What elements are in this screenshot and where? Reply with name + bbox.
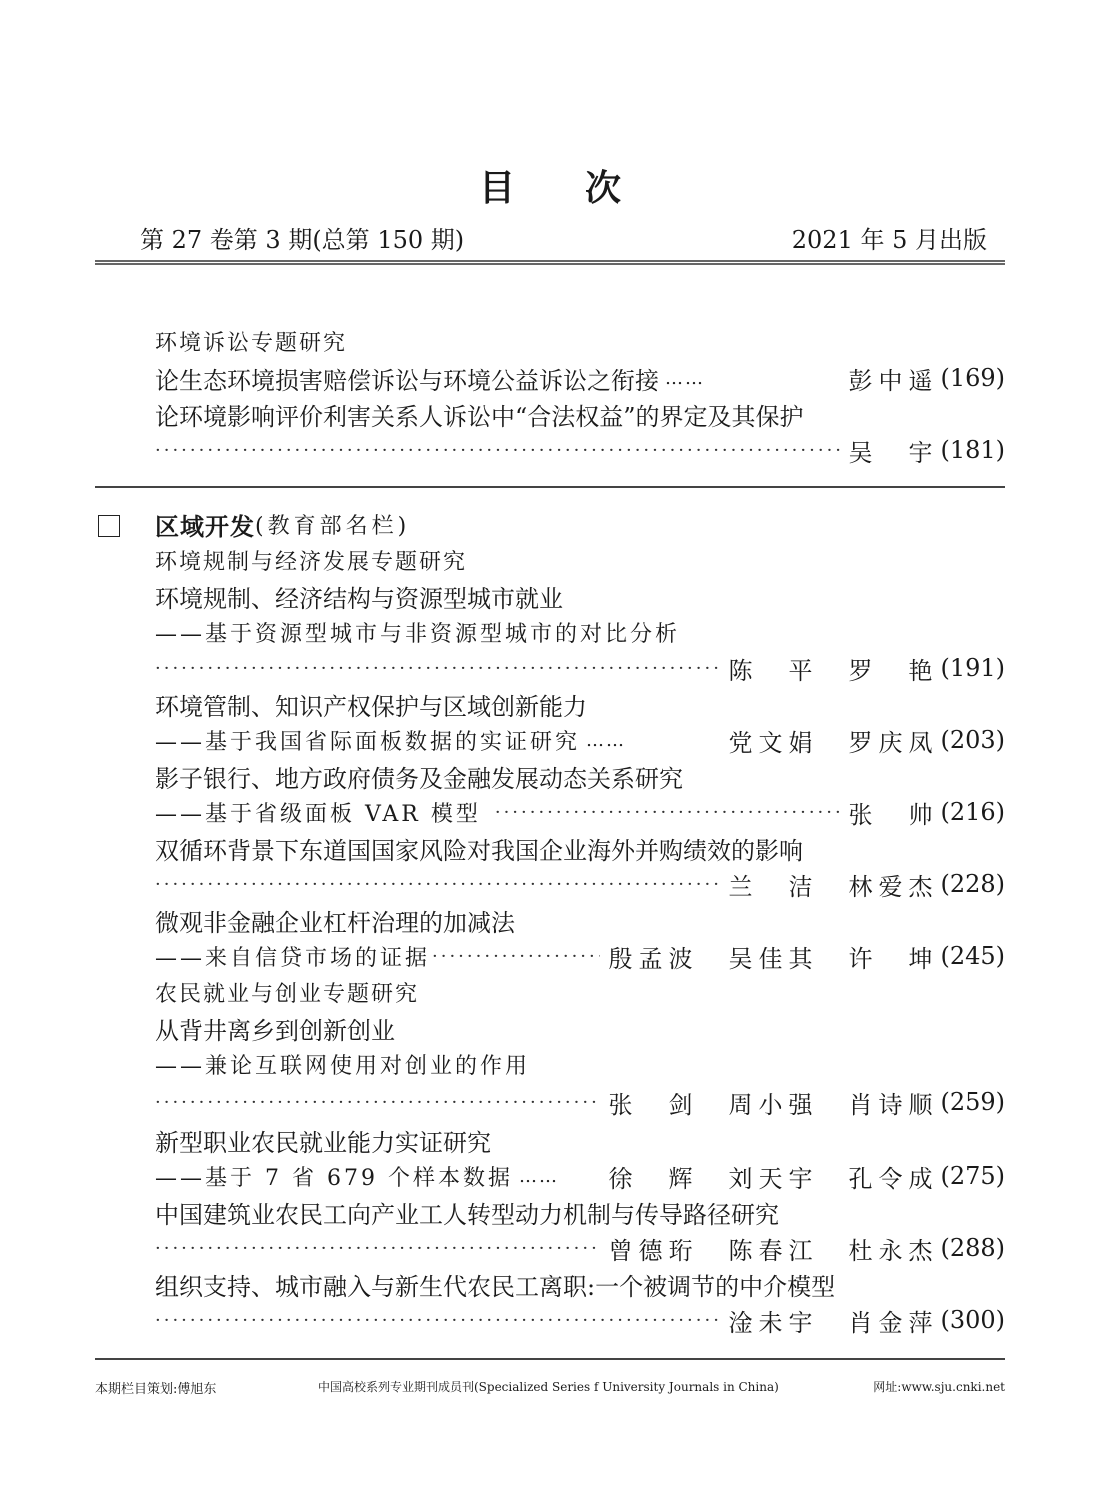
section-heading: 农民就业与创业专题研究 xyxy=(155,974,1005,1010)
column-title: 区域开发 xyxy=(155,507,255,542)
entry-authors: 淦未宇 肖金萍 xyxy=(728,1303,938,1338)
column-note: (教育部名栏) xyxy=(255,509,410,540)
leader-dots: …… xyxy=(586,730,626,751)
toc-entry-leader: ——基于我国省际面板数据的实证研究 …… 党文娟 罗庆凤 (203) xyxy=(155,722,1005,758)
entry-subtitle: ——来自信贷市场的证据 xyxy=(155,941,430,972)
entry-authors: 吴 宇 xyxy=(848,433,938,468)
entry-page: (275) xyxy=(940,1162,1005,1190)
toc-entry[interactable]: 论环境影响评价利害关系人诉讼中“合法权益”的界定及其保护 xyxy=(155,396,1005,432)
toc-entry[interactable]: 微观非金融企业杠杆治理的加减法 xyxy=(155,902,1005,938)
toc-entry-leader: 曾德珩 陈春江 杜永杰 (288) xyxy=(155,1230,1005,1266)
page-title: 目次 xyxy=(0,160,1100,211)
section-heading: 环境规制与经济发展专题研究 xyxy=(155,542,1005,578)
entry-subtitle: ——兼论互联网使用对创业的作用 xyxy=(155,1046,1005,1082)
leader-dots xyxy=(155,1092,600,1113)
toc-entry-leader: 陈 平 罗 艳 (191) xyxy=(155,650,1005,686)
entry-title: 影子银行、地方政府债务及金融发展动态关系研究 xyxy=(155,759,683,794)
entry-title: 微观非金融企业杠杆治理的加减法 xyxy=(155,903,515,938)
leader-dots xyxy=(155,1238,600,1259)
toc-entry[interactable]: 论生态环境损害赔偿诉讼与环境公益诉讼之衔接 …… 彭中遥 (169) xyxy=(155,360,1005,396)
entry-page: (181) xyxy=(940,436,1005,464)
entry-authors: 曾德珩 陈春江 杜永杰 xyxy=(608,1231,938,1266)
entry-authors: 张 帅 xyxy=(848,795,938,830)
leader-dots xyxy=(155,658,720,679)
toc-entry[interactable]: 环境规制、经济结构与资源型城市就业 xyxy=(155,578,1005,614)
toc-entry[interactable]: 组织支持、城市融入与新生代农民工离职:一个被调节的中介模型 xyxy=(155,1266,1005,1302)
entry-authors: 陈 平 罗 艳 xyxy=(728,651,938,686)
publication-date: 2021 年 5 月出版 xyxy=(792,220,987,255)
section-divider xyxy=(95,486,1005,488)
entry-title: 环境管制、知识产权保护与区域创新能力 xyxy=(155,687,587,722)
entry-authors: 张 剑 周小强 肖诗顺 xyxy=(608,1085,938,1120)
footer-planner: 本期栏目策划:傅旭东 xyxy=(95,1378,216,1397)
leader-dots: …… xyxy=(519,1166,559,1187)
entry-title: 从背井离乡到创新创业 xyxy=(155,1011,395,1046)
toc-entry-leader: 兰 洁 林爱杰 (228) xyxy=(155,866,1005,902)
checkbox-icon xyxy=(98,515,120,537)
leader-dots xyxy=(155,440,840,461)
footer-series: 中国高校系列专业期刊成员刊(Specialized Series f Unive… xyxy=(318,1378,779,1395)
entry-title: 论环境影响评价利害关系人诉讼中“合法权益”的界定及其保护 xyxy=(155,397,804,432)
entry-title: 论生态环境损害赔偿诉讼与环境公益诉讼之衔接 xyxy=(155,361,659,396)
column-heading: 区域开发 (教育部名栏) xyxy=(155,506,1005,542)
toc-entry[interactable]: 双循环背景下东道国国家风险对我国企业海外并购绩效的影响 xyxy=(155,830,1005,866)
toc-entry[interactable]: 新型职业农民就业能力实证研究 xyxy=(155,1122,1005,1158)
toc-entry[interactable]: 影子银行、地方政府债务及金融发展动态关系研究 xyxy=(155,758,1005,794)
footer-divider xyxy=(95,1358,1005,1360)
entry-title: 新型职业农民就业能力实证研究 xyxy=(155,1123,491,1158)
entry-authors: 殷孟波 吴佳其 许 坤 xyxy=(608,939,938,974)
entry-page: (228) xyxy=(940,870,1005,898)
entry-title: 环境规制、经济结构与资源型城市就业 xyxy=(155,579,563,614)
toc-entry-leader: 淦未宇 肖金萍 (300) xyxy=(155,1302,1005,1338)
toc-entry-leader: ——来自信贷市场的证据 殷孟波 吴佳其 许 坤 (245) xyxy=(155,938,1005,974)
header-double-rule xyxy=(95,260,1005,265)
entry-authors: 彭中遥 xyxy=(848,361,938,396)
leader-dots xyxy=(155,1310,720,1331)
entry-subtitle: ——基于资源型城市与非资源型城市的对比分析 xyxy=(155,614,1005,650)
entry-page: (259) xyxy=(940,1088,1005,1116)
toc-entry-leader: 吴 宇 (181) xyxy=(155,432,1005,468)
entry-subtitle: ——基于省级面板 VAR 模型 xyxy=(155,797,481,828)
toc-entry[interactable]: 中国建筑业农民工向产业工人转型动力机制与传导路径研究 xyxy=(155,1194,1005,1230)
footer-website[interactable]: 网址:www.sju.cnki.net xyxy=(873,1378,1005,1395)
toc-entry-leader: ——基于 7 省 679 个样本数据 …… 徐 辉 刘天宇 孔令成 (275) xyxy=(155,1158,1005,1194)
section-heading: 环境诉讼专题研究 xyxy=(155,323,1005,359)
entry-title: 双循环背景下东道国国家风险对我国企业海外并购绩效的影响 xyxy=(155,831,803,866)
entry-title: 组织支持、城市融入与新生代农民工离职:一个被调节的中介模型 xyxy=(155,1267,835,1302)
toc-entry-leader: ——基于省级面板 VAR 模型 张 帅 (216) xyxy=(155,794,1005,830)
leader-dots xyxy=(432,946,600,967)
entry-subtitle: ——基于我国省际面板数据的实证研究 xyxy=(155,725,580,756)
entry-page: (203) xyxy=(940,726,1005,754)
entry-page: (169) xyxy=(940,364,1005,392)
entry-authors: 党文娟 罗庆凤 xyxy=(728,723,938,758)
entry-authors: 兰 洁 林爱杰 xyxy=(728,867,938,902)
issue-info: 第 27 卷第 3 期(总第 150 期) xyxy=(140,220,464,255)
leader-dots: …… xyxy=(665,368,705,389)
toc-entry-leader: 张 剑 周小强 肖诗顺 (259) xyxy=(155,1084,1005,1120)
entry-authors: 徐 辉 刘天宇 孔令成 xyxy=(608,1159,938,1194)
leader-dots xyxy=(155,874,720,895)
toc-entry[interactable]: 环境管制、知识产权保护与区域创新能力 xyxy=(155,686,1005,722)
entry-page: (288) xyxy=(940,1234,1005,1262)
entry-page: (300) xyxy=(940,1306,1005,1334)
entry-title: 中国建筑业农民工向产业工人转型动力机制与传导路径研究 xyxy=(155,1195,779,1230)
entry-page: (216) xyxy=(940,798,1005,826)
leader-dots xyxy=(495,802,841,823)
toc-entry[interactable]: 从背井离乡到创新创业 xyxy=(155,1010,1005,1046)
entry-page: (191) xyxy=(940,654,1005,682)
entry-page: (245) xyxy=(940,942,1005,970)
entry-subtitle: ——基于 7 省 679 个样本数据 xyxy=(155,1161,513,1192)
